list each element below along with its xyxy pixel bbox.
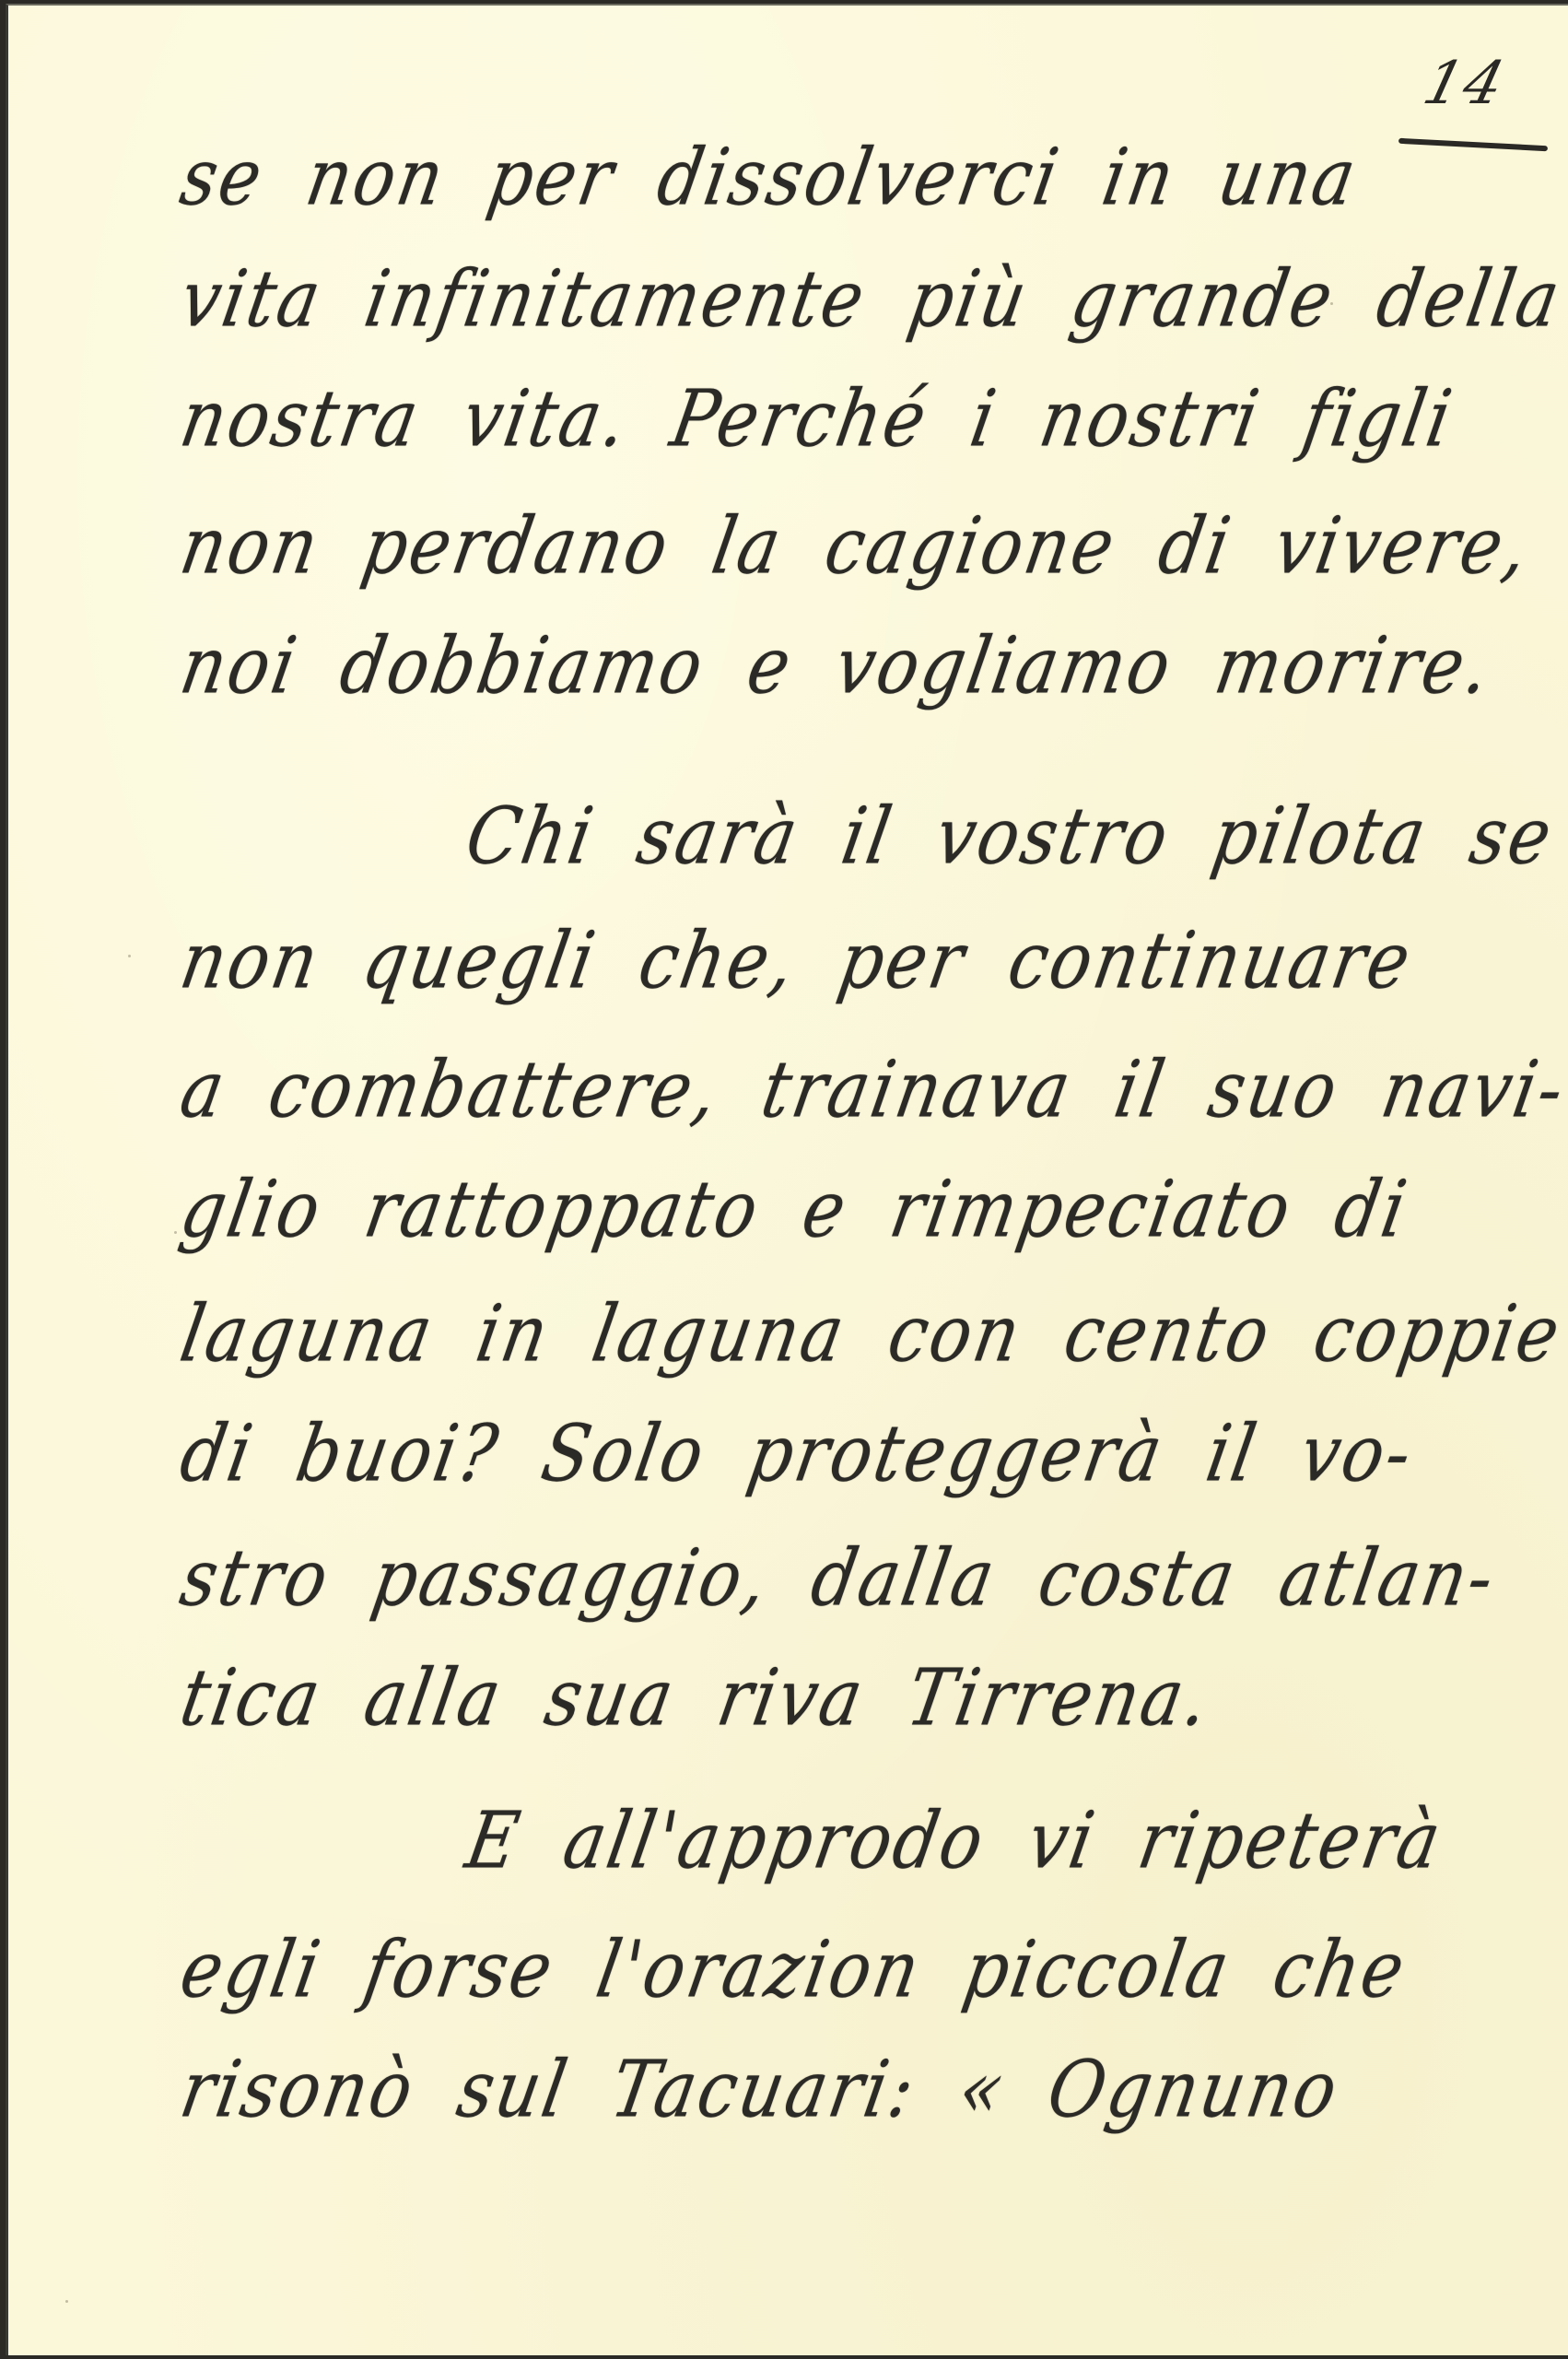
text-line: nostra vita. Perché i nostri figli [174,373,1460,464]
text-line: di buoi? Solo proteggerà il vo- [174,1408,1421,1499]
text-line: glio rattoppato e rimpeciato di [174,1164,1415,1255]
page-number-underline [1398,138,1548,151]
page-number: 14 [1416,50,1512,118]
text-line: non perdano la cagione di vivere, [174,500,1537,592]
text-line: non quegli che, per continuare [174,915,1420,1006]
text-line: Chi sarà il vostro pilota se [460,791,1561,882]
text-line: risonò sul Tacuari: « Ognuno [174,2044,1346,2135]
text-line: vita infinitamente più grande della [174,253,1568,345]
text-line: egli forse l'orazion piccola che [174,1924,1413,2015]
text-line: laguna in laguna con cento coppie [174,1288,1568,1379]
text-line: tica alla sua riva Tirrena. [174,1652,1218,1743]
paper-speck [174,1231,177,1234]
text-line: se non per dissolverci in una [174,132,1364,223]
text-line: E all'approdo vi ripeterà [460,1795,1449,1886]
paper-speck [1330,302,1333,305]
text-line: stro passaggio, dalla costa atlan- [174,1532,1503,1624]
paper-speck [128,955,131,957]
text-line: noi dobbiamo e vogliamo morire. [174,620,1499,711]
text-line: a combattere, trainava il suo navi- [174,1044,1568,1135]
manuscript-page: 14 se non per dissolverci in una vita in… [6,4,1568,2355]
paper-speck [65,2300,68,2303]
